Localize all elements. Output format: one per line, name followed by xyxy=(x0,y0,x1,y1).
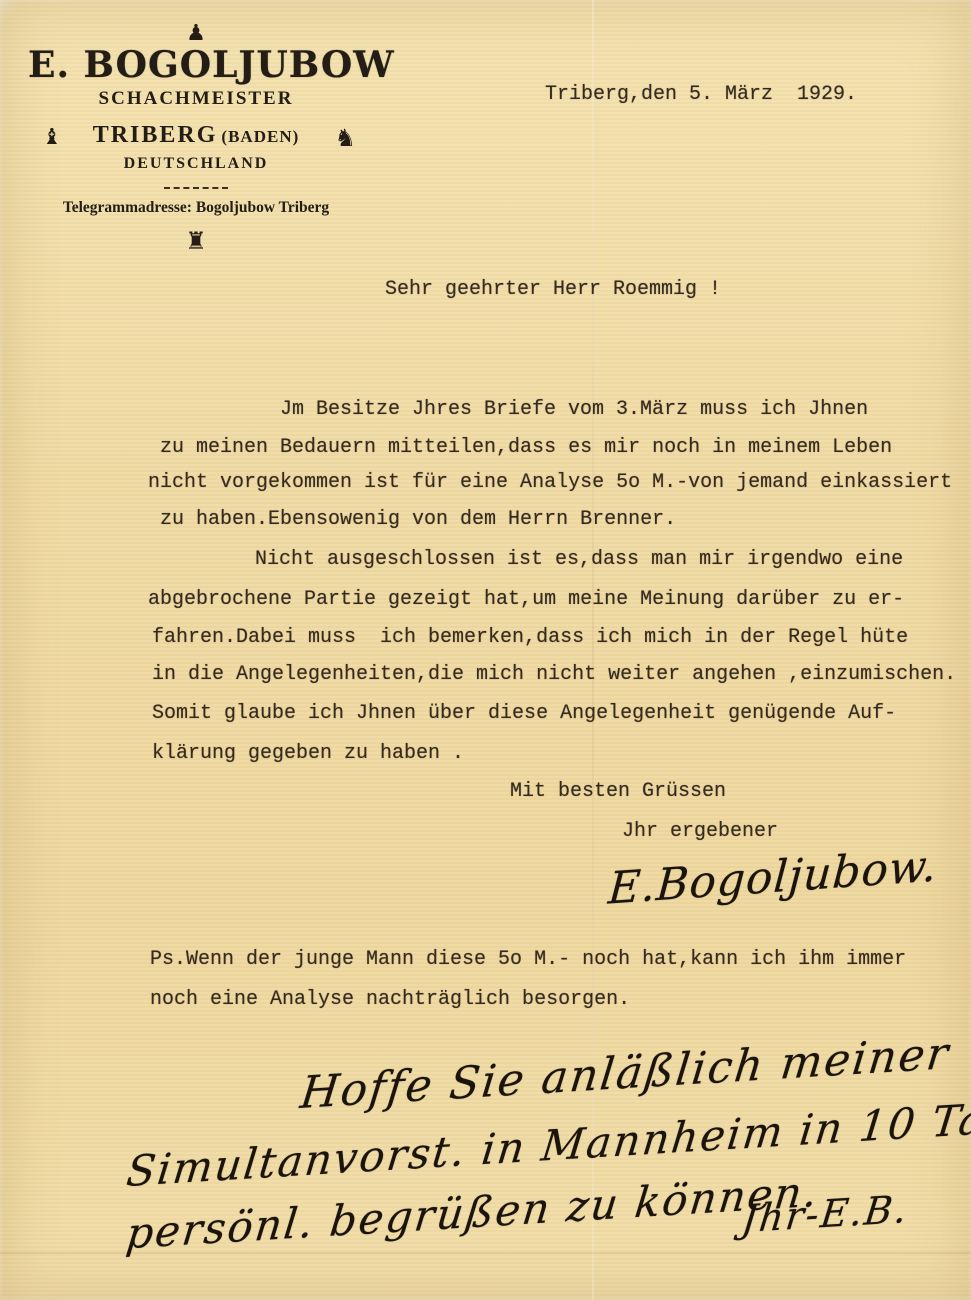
rook-icon: ♜ xyxy=(28,227,364,256)
body-line: abgebrochene Partie gezeigt hat,um meine… xyxy=(148,588,904,612)
dateline: Triberg,den 5. März 1929. xyxy=(545,83,857,107)
handwritten-line: Simultanvorst. in Mannheim in 10 Tagen xyxy=(124,1089,971,1196)
letterhead: ♟ E. BOGOLJUBOW SCHACHMEISTER ♝ TRIBERG … xyxy=(28,22,364,256)
signature: E.Bogoljubow. xyxy=(607,840,940,914)
body-line: nicht vorgekommen ist für eine Analyse 5… xyxy=(148,471,952,495)
letterhead-city: TRIBERG xyxy=(93,122,218,148)
closing-greeting: Mit besten Grüssen xyxy=(510,780,726,804)
body-line: Jm Besitze Jhres Briefe vom 3.März muss … xyxy=(280,398,868,422)
body-line: zu meinen Bedauern mitteilen,dass es mir… xyxy=(160,436,892,460)
letterhead-region: (BADEN) xyxy=(221,127,299,146)
letterhead-name: E. BOGOLJUBOW xyxy=(28,44,364,86)
knight-icon: ♞ xyxy=(334,124,356,153)
salutation: Sehr geehrter Herr Roemmig ! xyxy=(385,278,721,302)
body-line: in die Angelegenheiten,die mich nicht we… xyxy=(152,663,956,687)
letterhead-divider xyxy=(164,187,228,189)
letterhead-city-row: ♝ TRIBERG (BADEN) ♞ xyxy=(28,122,364,152)
closing-sender: Jhr ergebener xyxy=(622,820,778,844)
letterhead-country: DEUTSCHLAND xyxy=(28,155,364,173)
pawn-icon: ♟ xyxy=(28,22,364,44)
postscript-line: noch eine Analyse nachträglich besorgen. xyxy=(150,988,630,1012)
body-line: zu haben.Ebensowenig von dem Herrn Brenn… xyxy=(160,508,676,532)
letter-scan: ♟ E. BOGOLJUBOW SCHACHMEISTER ♝ TRIBERG … xyxy=(0,0,971,1300)
bishop-icon: ♝ xyxy=(42,124,62,150)
letterhead-telegram-address: Telegrammadresse: Bogoljubow Triberg xyxy=(28,199,364,217)
letterhead-subtitle: SCHACHMEISTER xyxy=(28,88,364,110)
body-line: fahren.Dabei muss ich bemerken,dass ich … xyxy=(152,626,908,650)
vertical-fold-crease xyxy=(592,0,594,1300)
body-line: Nicht ausgeschlossen ist es,dass man mir… xyxy=(255,548,903,572)
body-line: Somit glaube ich Jhnen über diese Angele… xyxy=(152,702,896,726)
body-line: klärung gegeben zu haben . xyxy=(152,742,464,766)
handwritten-initials: Jhr-E.B. xyxy=(740,1187,911,1242)
postscript-line: Ps.Wenn der junge Mann diese 5o M.- noch… xyxy=(150,948,906,972)
